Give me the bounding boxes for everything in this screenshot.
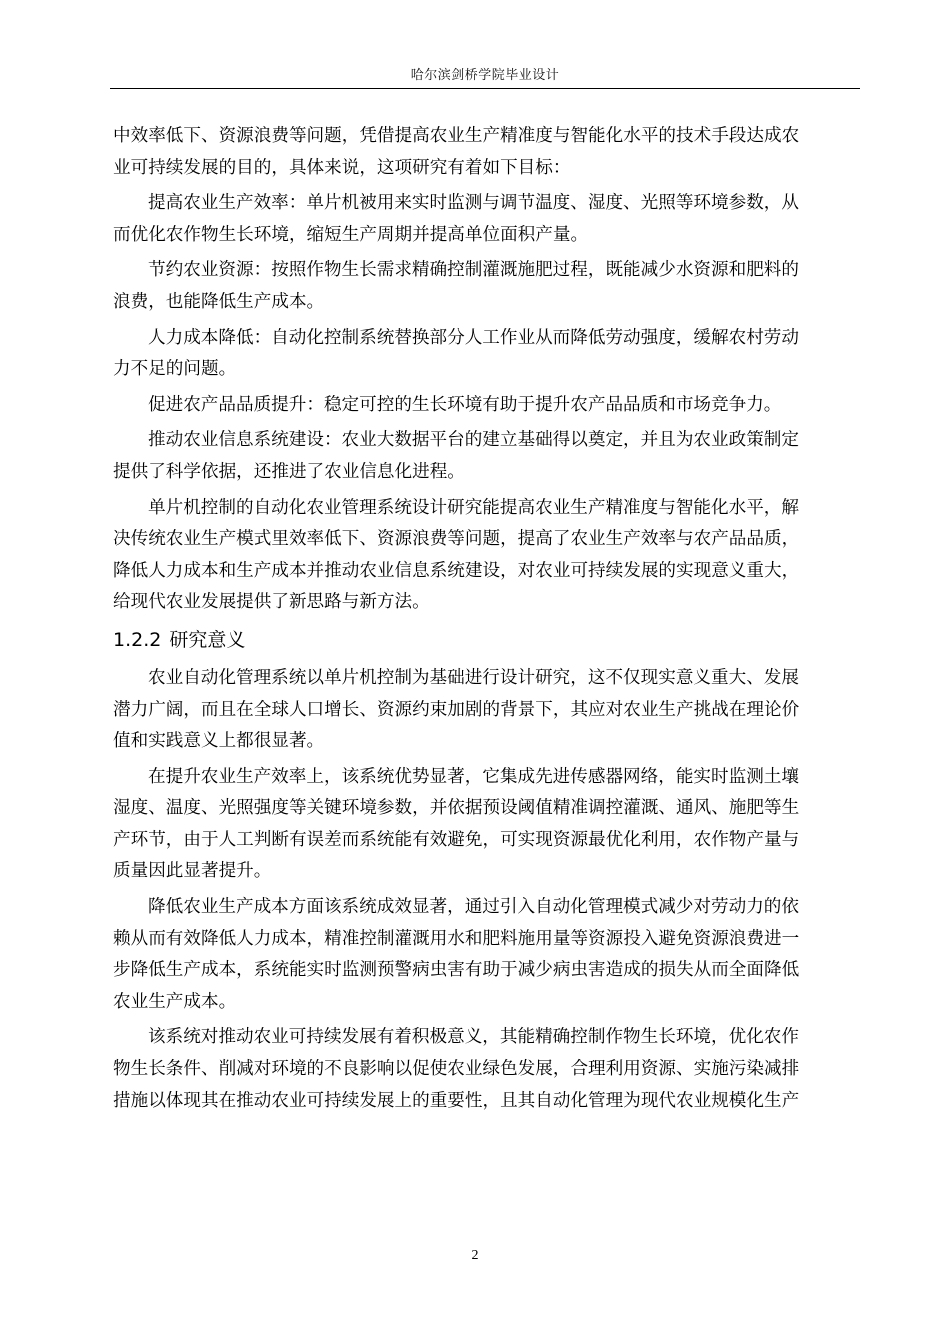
paragraph: 推动农业信息系统建设：农业大数据平台的建立基础得以奠定，并且为农业政策制定提供了… [113, 425, 860, 488]
text-line: 提高农业生产效率：单片机被用来实时监测与调节温度、湿度、光照等环境参数，从 [113, 188, 860, 220]
text-line: 潜力广阔，而且在全球人口增长、资源约束加剧的背景下，其应对农业生产挑战在理论价 [113, 695, 860, 727]
text-line: 力不足的问题。 [113, 354, 860, 386]
paragraph: 提高农业生产效率：单片机被用来实时监测与调节温度、湿度、光照等环境参数，从而优化… [113, 188, 860, 251]
page-number: 2 [0, 1248, 950, 1264]
text-line: 农业自动化管理系统以单片机控制为基础进行设计研究，这不仅现实意义重大、发展 [113, 663, 860, 695]
paragraphs-after-heading: 农业自动化管理系统以单片机控制为基础进行设计研究，这不仅现实意义重大、发展潜力广… [113, 663, 860, 1117]
text-line: 湿度、温度、光照强度等关键环境参数，并依据预设阈值精准调控灌溉、通风、施肥等生 [113, 793, 860, 825]
paragraphs-before-heading: 中效率低下、资源浪费等问题，凭借提高农业生产精准度与智能化水平的技术手段达成农业… [113, 121, 860, 619]
text-line: 中效率低下、资源浪费等问题，凭借提高农业生产精准度与智能化水平的技术手段达成农 [113, 121, 860, 153]
text-line: 浪费，也能降低生产成本。 [113, 287, 860, 319]
text-line: 促进农产品品质提升：稳定可控的生长环境有助于提升农产品品质和市场竞争力。 [113, 390, 860, 422]
header-divider [110, 88, 860, 89]
document-body: 中效率低下、资源浪费等问题，凭借提高农业生产精准度与智能化水平的技术手段达成农业… [113, 121, 860, 1117]
paragraph: 农业自动化管理系统以单片机控制为基础进行设计研究，这不仅现实意义重大、发展潜力广… [113, 663, 860, 758]
page-header-title: 哈尔滨剑桥学院毕业设计 [110, 64, 860, 83]
text-line: 单片机控制的自动化农业管理系统设计研究能提高农业生产精准度与智能化水平，解 [113, 493, 860, 525]
paragraph: 促进农产品品质提升：稳定可控的生长环境有助于提升农产品品质和市场竞争力。 [113, 390, 860, 422]
section-number: 1.2.2 [113, 629, 161, 651]
text-line: 给现代农业发展提供了新思路与新方法。 [113, 587, 860, 619]
text-line: 物生长条件、削减对环境的不良影响以促使农业绿色发展，合理利用资源、实施污染减排 [113, 1054, 860, 1086]
text-line: 推动农业信息系统建设：农业大数据平台的建立基础得以奠定，并且为农业政策制定 [113, 425, 860, 457]
paragraph: 单片机控制的自动化农业管理系统设计研究能提高农业生产精准度与智能化水平，解决传统… [113, 493, 860, 619]
text-line: 赖从而有效降低人力成本，精准控制灌溉用水和肥料施用量等资源投入避免资源浪费进一 [113, 924, 860, 956]
text-line: 业可持续发展的目的，具体来说，这项研究有着如下目标： [113, 153, 860, 185]
text-line: 农业生产成本。 [113, 987, 860, 1019]
text-line: 降低农业生产成本方面该系统成效显著，通过引入自动化管理模式减少对劳动力的依 [113, 892, 860, 924]
paragraph: 节约农业资源：按照作物生长需求精确控制灌溉施肥过程，既能减少水资源和肥料的浪费，… [113, 255, 860, 318]
text-line: 提供了科学依据，还推进了农业信息化进程。 [113, 457, 860, 489]
text-line: 步降低生产成本，系统能实时监测预警病虫害有助于减少病虫害造成的损失从而全面降低 [113, 955, 860, 987]
paragraph: 该系统对推动农业可持续发展有着积极意义，其能精确控制作物生长环境，优化农作物生长… [113, 1022, 860, 1117]
text-line: 该系统对推动农业可持续发展有着积极意义，其能精确控制作物生长环境，优化农作 [113, 1022, 860, 1054]
text-line: 决传统农业生产模式里效率低下、资源浪费等问题，提高了农业生产效率与农产品品质， [113, 524, 860, 556]
paragraph: 在提升农业生产效率上，该系统优势显著，它集成先进传感器网络，能实时监测土壤湿度、… [113, 762, 860, 888]
section-heading: 1.2.2研究意义 [113, 623, 860, 657]
paragraph: 中效率低下、资源浪费等问题，凭借提高农业生产精准度与智能化水平的技术手段达成农业… [113, 121, 860, 184]
section-title: 研究意义 [169, 629, 245, 651]
paragraph: 降低农业生产成本方面该系统成效显著，通过引入自动化管理模式减少对劳动力的依赖从而… [113, 892, 860, 1018]
text-line: 产环节，由于人工判断有误差而系统能有效避免，可实现资源最优化利用，农作物产量与 [113, 825, 860, 857]
text-line: 节约农业资源：按照作物生长需求精确控制灌溉施肥过程，既能减少水资源和肥料的 [113, 255, 860, 287]
text-line: 措施以体现其在推动农业可持续发展上的重要性，且其自动化管理为现代农业规模化生产 [113, 1086, 860, 1118]
text-line: 而优化农作物生长环境，缩短生产周期并提高单位面积产量。 [113, 220, 860, 252]
paragraph: 人力成本降低：自动化控制系统替换部分人工作业从而降低劳动强度，缓解农村劳动力不足… [113, 323, 860, 386]
text-line: 降低人力成本和生产成本并推动农业信息系统建设，对农业可持续发展的实现意义重大， [113, 556, 860, 588]
text-line: 在提升农业生产效率上，该系统优势显著，它集成先进传感器网络，能实时监测土壤 [113, 762, 860, 794]
text-line: 质量因此显著提升。 [113, 856, 860, 888]
text-line: 值和实践意义上都很显著。 [113, 726, 860, 758]
text-line: 人力成本降低：自动化控制系统替换部分人工作业从而降低劳动强度，缓解农村劳动 [113, 323, 860, 355]
